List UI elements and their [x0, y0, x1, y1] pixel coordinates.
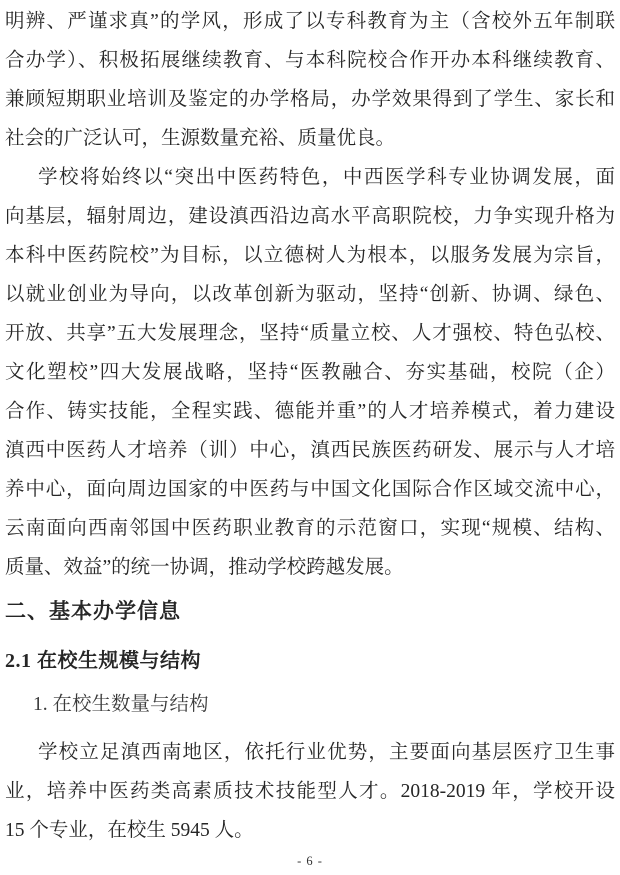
paragraph-continuation: 明辨、严谨求真”的学风，形成了以专科教育为主（含校外五年制联合办学）、积极拓展继…: [5, 2, 615, 158]
text-line: 开放、共享”五大发展理念，坚持“质量立校、人才强校、特色弘校、: [5, 314, 615, 353]
page-number-footer: - 6 -: [0, 854, 620, 869]
text-line: 以就业创业为导向，以改革创新为驱动，坚持“创新、协调、绿色、: [5, 275, 615, 314]
subsection-heading: 2.1 在校生规模与结构: [5, 647, 615, 675]
numbered-list-item: 1. 在校生数量与结构: [5, 691, 615, 719]
document-page: 明辨、严谨求真”的学风，形成了以专科教育为主（含校外五年制联合办学）、积极拓展继…: [0, 0, 620, 875]
text-line: 学校将始终以“突出中医药特色，中西医学科专业协调发展，面: [5, 158, 615, 197]
text-line: 文化塑校”四大发展战略，坚持“医教融合、夯实基础，校院（企）: [5, 353, 615, 392]
paragraph-enrollment: 学校立足滇西南地区，依托行业优势，主要面向基层医疗卫生事业，培养中医药类高素质技…: [5, 733, 615, 850]
text-line: 向基层，辐射周边，建设滇西沿边高水平高职院校，力争实现升格为: [5, 197, 615, 236]
text-line: 质量、效益”的统一协调，推动学校跨越发展。: [5, 548, 615, 587]
section-heading: 二、基本办学信息: [5, 597, 615, 625]
text-line: 合办学）、积极拓展继续教育、与本科院校合作开办本科继续教育、: [5, 41, 615, 80]
text-line: 兼顾短期职业培训及鉴定的办学格局，办学效果得到了学生、家长和: [5, 80, 615, 119]
text-line: 社会的广泛认可，生源数量充裕、质量优良。: [5, 119, 615, 158]
text-line: 本科中医药院校”为目标，以立德树人为根本，以服务发展为宗旨，: [5, 236, 615, 275]
paragraph-mission: 学校将始终以“突出中医药特色，中西医学科专业协调发展，面向基层，辐射周边，建设滇…: [5, 158, 615, 587]
text-line: 明辨、严谨求真”的学风，形成了以专科教育为主（含校外五年制联: [5, 2, 615, 41]
text-line: 云南面向西南邻国中医药职业教育的示范窗口，实现“规模、结构、: [5, 509, 615, 548]
document-body: 明辨、严谨求真”的学风，形成了以专科教育为主（含校外五年制联合办学）、积极拓展继…: [0, 0, 620, 850]
text-line: 养中心，面向周边国家的中医药与中国文化国际合作区域交流中心，: [5, 470, 615, 509]
text-line: 滇西中医药人才培养（训）中心，滇西民族医药研发、展示与人才培: [5, 431, 615, 470]
text-line: 业，培养中医药类高素质技术技能型人才。2018-2019 年，学校开设: [5, 772, 615, 811]
text-line: 合作、铸实技能，全程实践、德能并重”的人才培养模式，着力建设: [5, 392, 615, 431]
text-line: 15 个专业，在校生 5945 人。: [5, 811, 615, 850]
text-line: 学校立足滇西南地区，依托行业优势，主要面向基层医疗卫生事: [5, 733, 615, 772]
